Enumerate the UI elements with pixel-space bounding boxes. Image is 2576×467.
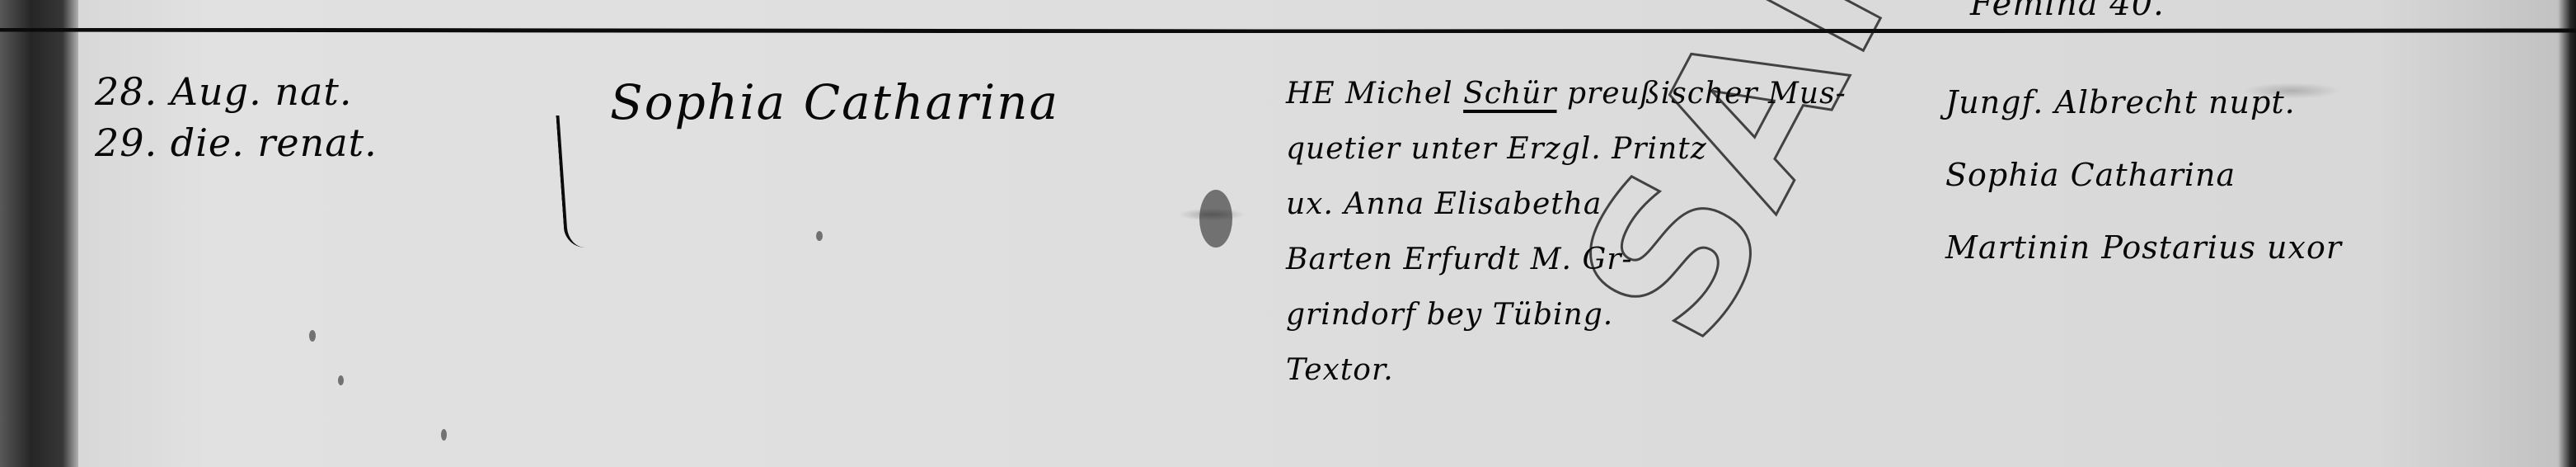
godparents-entry: Jungf. Albrecht nupt. Sophia Catharina M… xyxy=(1945,66,2342,284)
ink-dot xyxy=(309,330,316,342)
godparents-line-2: Sophia Catharina xyxy=(1945,139,2342,211)
godparents-line-1: Jungf. Albrecht nupt. xyxy=(1945,66,2342,139)
parents-line-1: HE Michel Schür preußischer Mus- xyxy=(1286,66,1846,121)
parents-line-3: ux. Anna Elisabetha xyxy=(1286,177,1846,232)
parents-line-6: Textor. xyxy=(1286,342,1846,398)
child-name: Sophia Catharina xyxy=(610,74,1059,130)
page-edge-shadow xyxy=(2558,0,2576,467)
register-page-scan: Femina 40. 28. Aug. nat. 29. die. renat.… xyxy=(0,0,2576,467)
ink-dot xyxy=(441,429,447,441)
parents-line-5: grindorf bey Tübing. xyxy=(1286,287,1846,342)
birth-baptism-date: 28. Aug. nat. 29. die. renat. xyxy=(95,66,378,168)
ink-dot xyxy=(338,375,344,385)
underlined-surname: Schür xyxy=(1463,77,1556,111)
bracket-mark xyxy=(556,116,584,248)
parents-line-4: Barten Erfurdt M. Gr- xyxy=(1286,232,1846,287)
binding-gutter xyxy=(0,0,78,467)
baptism-date-line: 29. die. renat. xyxy=(95,117,378,168)
parents-entry: HE Michel Schür preußischer Mus- quetier… xyxy=(1286,66,1846,398)
page-heading: Femina 40. xyxy=(1970,0,2165,23)
ruled-line xyxy=(0,28,2576,33)
birth-date-line: 28. Aug. nat. xyxy=(95,66,378,117)
parents-line-2: quetier unter Erzgl. Printz xyxy=(1286,121,1846,177)
ink-blot xyxy=(1199,190,1232,248)
ink-dot xyxy=(816,231,823,241)
godparents-line-3: Martinin Postarius uxor xyxy=(1945,211,2342,284)
